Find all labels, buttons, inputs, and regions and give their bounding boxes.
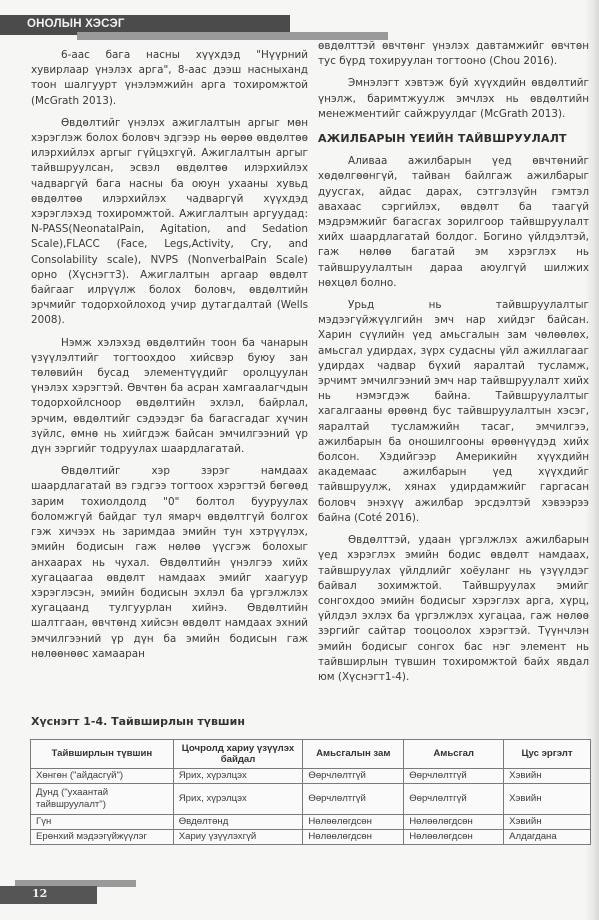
column-header: Цус эргэлт — [504, 740, 591, 769]
table-cell: Ярих, хүрэлцэх — [173, 784, 303, 815]
table-cell: Өөрчлөлтгүй — [303, 784, 404, 815]
section-title: ОНОЛЫН ХЭСЭГ — [27, 18, 125, 30]
section-heading: АЖИЛБАРЫН ҮЕИЙН ТАЙВШРУУЛАЛТ — [318, 131, 589, 146]
paragraph: Нэмж хэлэхэд өвдөлтийн тоон ба чанарын ү… — [31, 336, 308, 458]
table-cell: Гүн — [31, 815, 174, 830]
table-cell: Хөнгөн ("айдасгүй") — [31, 769, 174, 784]
paragraph: Эмнэлэгт хэвтэж буй хүүхдийн өвдөлтийг ү… — [318, 76, 589, 122]
table-cell: Нөлөөлөгдсөн — [404, 830, 504, 845]
column-header: Тайвширлын түвшин — [31, 740, 174, 769]
paragraph: 6-аас бага насны хүүхдэд "Нүүрний хувирл… — [31, 48, 308, 109]
right-column: өвдөлттэй өвчтөнг үнэлэх давтамжийг өвчт… — [318, 39, 589, 692]
table-row: Гүн Өвдөлтөнд Нөлөөлөгдсөн Нөлөөлөгдсөн … — [31, 815, 591, 830]
table-cell: Хэвийн — [504, 815, 591, 830]
table-cell: Хэвийн — [504, 784, 591, 815]
table-cell: Нөлөөлөгдсөн — [303, 815, 404, 830]
left-column: 6-аас бага насны хүүхдэд "Нүүрний хувирл… — [31, 48, 308, 669]
table-cell: Нөлөөлөгдсөн — [303, 830, 404, 845]
table-row: Ерөнхий мэдээгүйжүүлэг Хариу үзүүлэхгүй … — [31, 830, 591, 845]
paragraph: Өвдөлтийг үнэлэх ажиглалтын аргыг мөн хэ… — [31, 116, 308, 329]
table-cell: Хэвийн — [504, 769, 591, 784]
table-cell: Өөрчлөлтгүй — [303, 769, 404, 784]
table-caption: Хүснэгт 1-4. Тайвширлын түвшин — [31, 715, 245, 728]
table-cell: Алдагдана — [504, 830, 591, 845]
table-cell: Нөлөөлөгдсөн — [404, 815, 504, 830]
table-cell: Өөрчлөлтгүй — [404, 784, 504, 815]
paragraph: Өвдөлттэй, удаан үргэлжлэх ажилбарын үед… — [318, 533, 589, 685]
table-cell: Дунд ("ухаантай тайвшруулалт") — [31, 784, 174, 815]
table-cell: Өвдөлтөнд — [173, 815, 303, 830]
table-header-row: Тайвширлын түвшин Цочролд хариу үзүүлэх … — [31, 740, 591, 769]
paragraph: Урьд нь тайвшруулалтыг мэдээгүйжүүлгийн … — [318, 298, 589, 526]
column-header: Амьсгалын зам — [303, 740, 404, 769]
sedation-levels-table: Тайвширлын түвшин Цочролд хариу үзүүлэх … — [30, 739, 591, 845]
table-cell: Ерөнхий мэдээгүйжүүлэг — [31, 830, 174, 845]
paragraph: Өвдөлтийг хэр зэрэг намдаах шаардлагатай… — [31, 464, 308, 662]
table-cell: Өөрчлөлтгүй — [404, 769, 504, 784]
footer-band-dark — [0, 886, 97, 904]
column-header: Амьсгал — [404, 740, 504, 769]
table-cell: Ярих, хүрэлцэх — [173, 769, 303, 784]
column-header: Цочролд хариу үзүүлэх байдал — [173, 740, 303, 769]
paragraph: Аливаа ажилбарын үед өвчтөнийг хөдөлгөөн… — [318, 154, 589, 291]
paragraph-continuation: өвдөлттэй өвчтөнг үнэлэх давтамжийг өвчт… — [318, 39, 589, 69]
page-number: 12 — [32, 887, 47, 900]
table-cell: Хариу үзүүлэхгүй — [173, 830, 303, 845]
table-row: Дунд ("ухаантай тайвшруулалт") Ярих, хүр… — [31, 784, 591, 815]
table-row: Хөнгөн ("айдасгүй") Ярих, хүрэлцэх Өөрчл… — [31, 769, 591, 784]
